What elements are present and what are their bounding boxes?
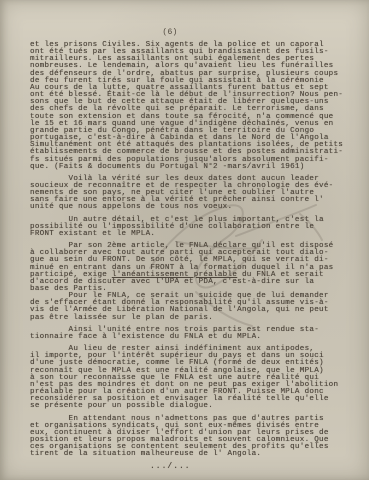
paragraph: Voilà la vérité sur les deux dates dont … bbox=[30, 176, 350, 212]
text-line: pas être laissée sur le plan de paris. bbox=[30, 315, 350, 322]
paragraph: Un autre détail, et c'est le plus import… bbox=[30, 217, 350, 238]
text-line: tionnaire face à l'existence du FNLA et … bbox=[30, 334, 350, 341]
text-line: que. (Faits & documents du Portugal N°2 … bbox=[30, 164, 350, 171]
paragraph: et les prisons Civiles. Six agents de la… bbox=[30, 42, 350, 171]
text-line: FRONT existant et le MPLA. bbox=[30, 231, 350, 238]
text-line: se présente pour un possible dialogue. bbox=[30, 403, 350, 410]
paragraph: Ainsi l'unité entre nos trois partis est… bbox=[30, 327, 350, 341]
scanned-document-page: (6) et les prisons Civiles. Six agents d… bbox=[0, 0, 369, 480]
paragraph: Au lieu de rester ainsi indéfiniment aux… bbox=[30, 346, 350, 410]
paragraph: Pour le FNLA, ce serait un suicide que d… bbox=[30, 293, 350, 322]
paragraph: En attendant nous n'admettons pas que d'… bbox=[30, 416, 350, 459]
text-line: tirent de la situation malheureuse de l'… bbox=[30, 451, 350, 458]
page-number: (6) bbox=[0, 28, 340, 37]
text-line: unité que nous appelons de tous nos voeu… bbox=[30, 204, 350, 211]
page-continuation-mark: .../... bbox=[150, 462, 191, 471]
document-body: et les prisons Civiles. Six agents de la… bbox=[30, 42, 350, 463]
paragraph: Par son 2ème article, le FNLA déclare qu… bbox=[30, 243, 350, 293]
